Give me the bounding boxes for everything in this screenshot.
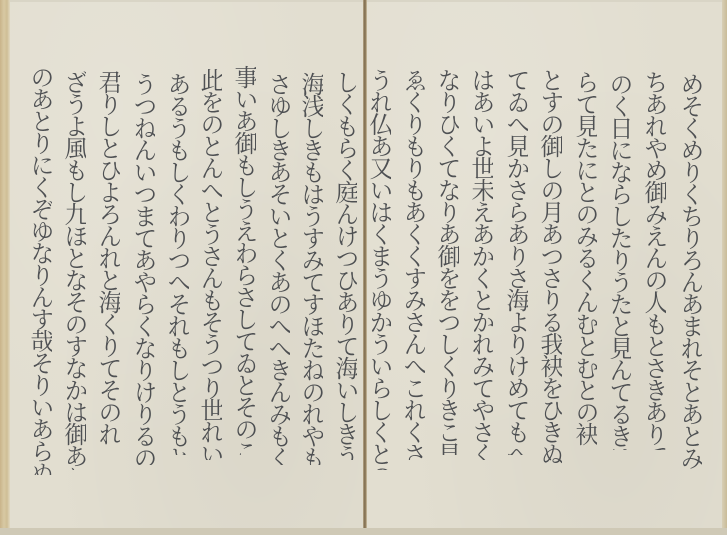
text-column: ゑくりもりもあくくすみさんへこれくさい	[401, 68, 425, 460]
text-column: 事いあ御もしうえわらさしてゐとそのこ千	[232, 65, 256, 455]
text-column: うつねんいつまてあやらくなりけりるの津れ	[131, 72, 155, 465]
right-page-edge	[722, 0, 727, 535]
text-column: ちあれやめ御みえんの人もとさきありてか	[642, 70, 666, 450]
manuscript-spread: めそくめりくちりろんあまれそとあとみこちあれやめ御みえんの人もとさきありてかのく…	[0, 0, 727, 535]
binding-strip	[0, 0, 10, 535]
text-column: さゆしきあそいとくあのへへきんみもくさん	[266, 72, 290, 465]
text-column: 君りしとひよろんれと海くりてそのれ	[96, 70, 120, 460]
text-column: てゐへ見かさらありさ海よりけめてもへて	[504, 68, 528, 455]
text-column: らて見たにとのみるくんむとむとの袂	[573, 70, 597, 455]
text-column: あるうもしくわりつへそれもしとうもといのみる	[165, 72, 189, 455]
text-column: とすの御しの月あつさりる我袂をひきぬ	[538, 68, 562, 465]
text-column: ざうよ風もし九ほとなそのすなかは御あり	[62, 70, 86, 470]
text-column: はあいよ世未えあかくとかれみてやさく日紀	[469, 68, 493, 460]
text-column: のく日にならしたりうたと見んてるきは	[607, 72, 631, 450]
text-column: しくもらく庭んけつひありて海いしきう	[333, 70, 357, 460]
text-column: めそくめりくちりろんあまれそとあとみこ	[678, 72, 702, 470]
bottom-edge	[0, 528, 727, 535]
text-column: 海浅しきもはうすみてすほたねのれやもり	[299, 72, 323, 465]
text-column: のあとりにくぞゆなりんす哉そりいあらぬ	[28, 65, 52, 475]
text-column: うれ仏あ又いはくまうゆかういらしくとのお	[367, 68, 391, 470]
text-column: 此をのとんへとうさんもそうつり世れい	[198, 68, 222, 460]
text-column: なりひくてなりあ御ををつしくりきこ見	[435, 68, 459, 455]
